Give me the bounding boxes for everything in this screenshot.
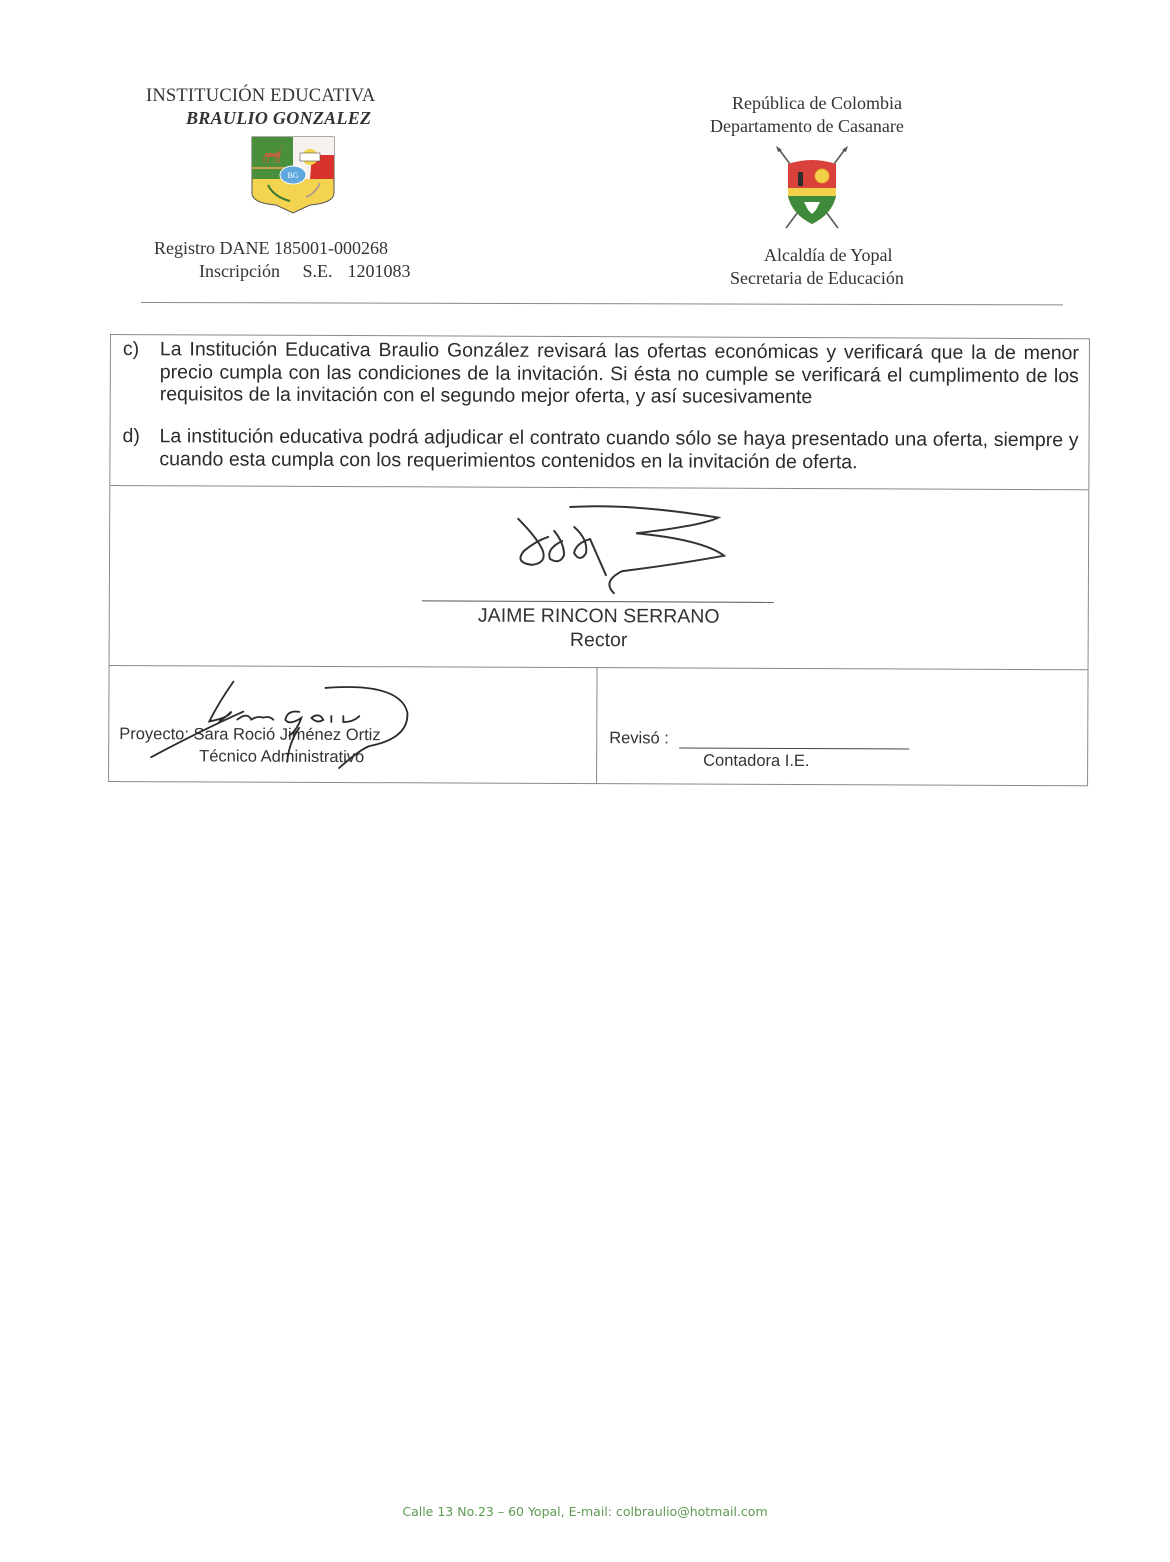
- list-marker: c): [123, 338, 139, 361]
- header-divider: [141, 302, 1063, 305]
- reviso-label: Revisó :: [609, 729, 669, 748]
- reviso-signature-line: [679, 747, 909, 749]
- institution-name-line1: INSTITUCIÓN EDUCATIVA: [146, 86, 375, 107]
- conditions-row: c) La Institución Educativa Braulio Gonz…: [110, 335, 1089, 490]
- list-item: c) La Institución Educativa Braulio Gonz…: [123, 338, 1079, 410]
- footer-address: Calle 13 No.23 – 60 Yopal, E-mail: colbr…: [0, 1504, 1170, 1519]
- content-table: c) La Institución Educativa Braulio Gonz…: [108, 334, 1090, 786]
- school-crest-icon: BG: [250, 135, 336, 215]
- yopal-coat-of-arms-icon: [772, 144, 852, 232]
- secretaria-label: Secretaria de Educación: [730, 268, 904, 289]
- reviso-role: Contadora I.E.: [703, 752, 809, 771]
- rector-name: JAIME RINCON SERRANO: [110, 603, 1088, 630]
- approval-row: Proyecto: Sara Roció Jiménez Ortiz Técni…: [109, 665, 1087, 785]
- rector-signature-row: JAIME RINCON SERRANO Rector: [110, 485, 1089, 670]
- proyecto-signature: [139, 671, 429, 772]
- republica-label: República de Colombia: [732, 93, 902, 114]
- svg-text:BG: BG: [287, 171, 298, 180]
- registro-dane: Registro DANE 185001-000268: [154, 238, 388, 259]
- rector-title: Rector: [110, 627, 1088, 654]
- list-item-text: La Institución Educativa Braulio Gonzále…: [160, 338, 1079, 410]
- signature-line: [422, 600, 774, 603]
- list-item-text: La institución educativa podrá adjudicar…: [159, 425, 1078, 474]
- alcaldia-label: Alcaldía de Yopal: [764, 245, 892, 266]
- column-divider: [596, 667, 598, 783]
- inscripcion-se: Inscripción S.E. 1201083: [199, 261, 410, 282]
- list-item: d) La institución educativa podrá adjudi…: [122, 425, 1078, 474]
- departamento-label: Departamento de Casanare: [710, 116, 904, 137]
- list-marker: d): [123, 425, 140, 448]
- institution-name-line2: BRAULIO GONZALEZ: [186, 108, 371, 129]
- rector-signature: [502, 497, 762, 598]
